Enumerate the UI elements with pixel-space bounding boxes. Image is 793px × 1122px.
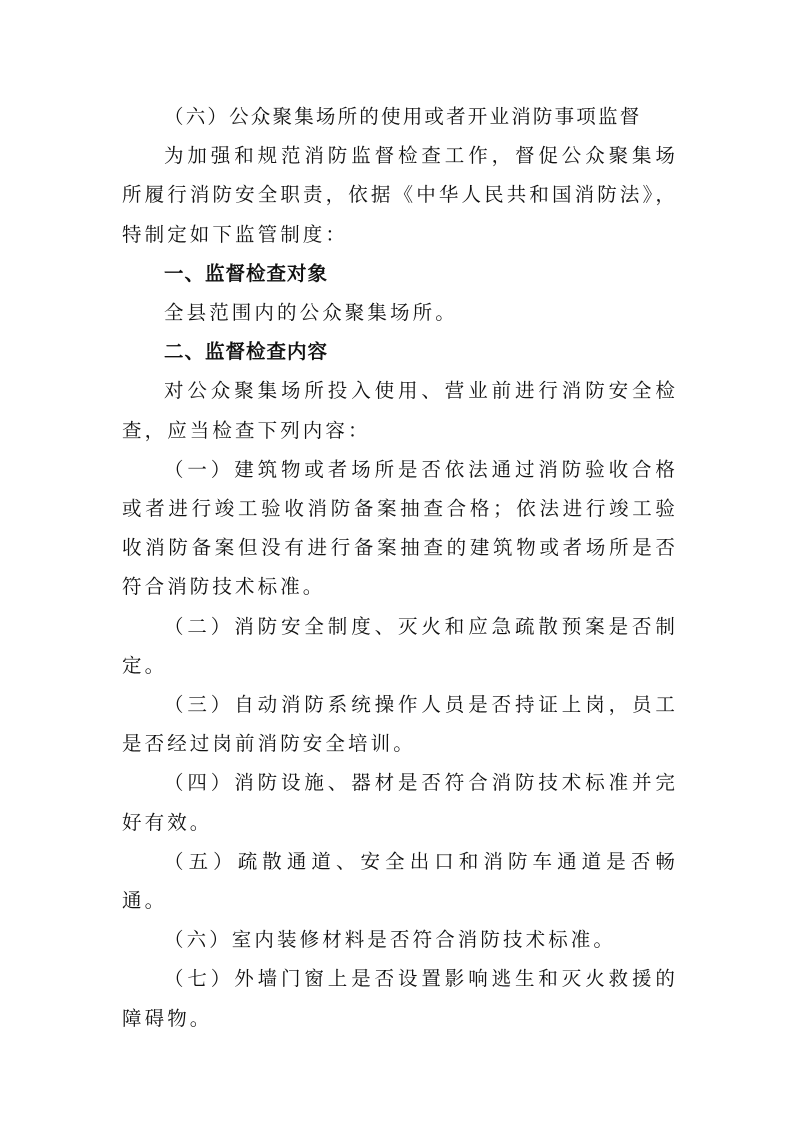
- section-heading-objects: 一、监督检查对象: [122, 254, 678, 293]
- list-item: （五）疏散通道、安全出口和消防车通道是否畅通。: [122, 842, 678, 920]
- intro-paragraph: 为加强和规范消防监督检查工作，督促公众聚集场所履行消防安全职责，依据《中华人民共…: [122, 136, 678, 254]
- list-item: （七）外墙门窗上是否设置影响逃生和灭火救援的障碍物。: [122, 959, 678, 1037]
- list-item: （一）建筑物或者场所是否依法通过消防验收合格或者进行竣工验收消防备案抽查合格；依…: [122, 450, 678, 607]
- list-item: （六）室内装修材料是否符合消防技术标准。: [122, 920, 678, 959]
- document-title: （六）公众聚集场所的使用或者开业消防事项监督: [122, 97, 678, 136]
- section-body-objects: 全县范围内的公众聚集场所。: [122, 293, 678, 332]
- section-body-content: 对公众聚集场所投入使用、营业前进行消防安全检查，应当检查下列内容：: [122, 371, 678, 449]
- list-item: （三）自动消防系统操作人员是否持证上岗，员工是否经过岗前消防安全培训。: [122, 685, 678, 763]
- list-item: （四）消防设施、器材是否符合消防技术标准并完好有效。: [122, 763, 678, 841]
- document-page: （六）公众聚集场所的使用或者开业消防事项监督 为加强和规范消防监督检查工作，督促…: [122, 97, 678, 1038]
- list-item: （二）消防安全制度、灭火和应急疏散预案是否制定。: [122, 607, 678, 685]
- section-heading-content: 二、监督检查内容: [122, 332, 678, 371]
